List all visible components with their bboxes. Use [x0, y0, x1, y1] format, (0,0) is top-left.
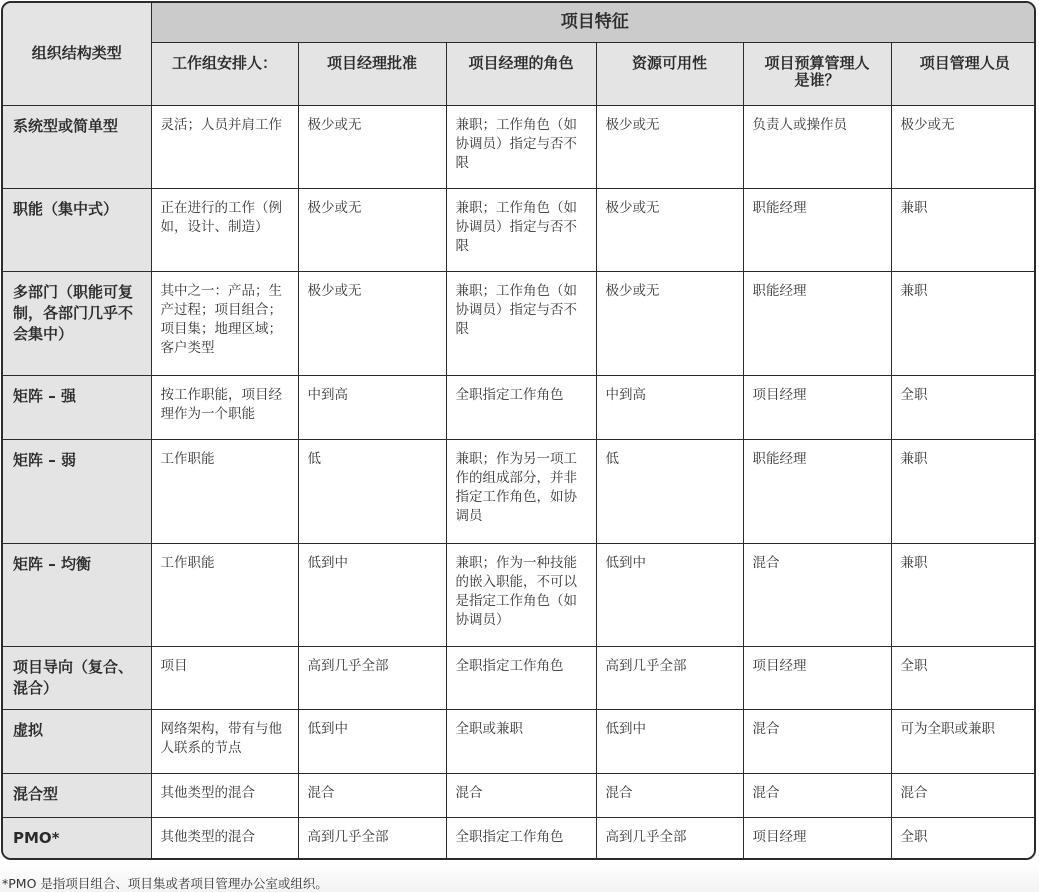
- table-cell: 兼职: [891, 271, 1036, 375]
- table-row: PMO* 其他类型的混合 高到几乎全部 全职指定工作角色 高到几乎全部 项目经理…: [3, 817, 1036, 860]
- row-header: 矩阵 – 均衡: [3, 543, 151, 646]
- table-cell: 其他类型的混合: [151, 773, 298, 817]
- table-cell: 低: [298, 439, 446, 543]
- table-cell: 低到中: [298, 543, 446, 646]
- table-row: 职能（集中式） 正在进行的工作（例如，设计、制造） 极少或无 兼职；工作角色（如…: [3, 188, 1036, 271]
- table-cell: 网络架构，带有与他人联系的节点: [151, 709, 298, 773]
- corner-header-org-type: 组织结构类型: [3, 3, 151, 105]
- table-cell: 极少或无: [596, 271, 743, 375]
- table-cell: 兼职；作为另一项工作的组成部分，并非指定工作角色，如协调员: [446, 439, 596, 543]
- column-header-pm-role: 项目经理的角色: [446, 42, 596, 105]
- table-cell: 高到几乎全部: [596, 817, 743, 860]
- table-cell: 全职指定工作角色: [446, 646, 596, 709]
- column-header-pm-authority: 项目经理批准: [298, 42, 446, 105]
- table-cell: 混合: [446, 773, 596, 817]
- table-cell: 全职: [891, 646, 1036, 709]
- table-cell: 混合: [743, 709, 891, 773]
- column-header-work-group-arranger: 工作组安排人：: [151, 42, 298, 105]
- table-row: 矩阵 – 弱 工作职能 低 兼职；作为另一项工作的组成部分，并非指定工作角色，如…: [3, 439, 1036, 543]
- table-cell: 低到中: [298, 709, 446, 773]
- table-cell: 兼职；作为一种技能的嵌入职能，不可以是指定工作角色（如协调员）: [446, 543, 596, 646]
- table-cell: 项目经理: [743, 646, 891, 709]
- org-structure-table-container: 组织结构类型 项目特征 工作组安排人： 项目经理批准 项目经理的角色 资源可用性…: [1, 1, 1036, 860]
- table-cell: 项目: [151, 646, 298, 709]
- table-row: 系统型或简单型 灵活；人员并肩工作 极少或无 兼职；工作角色（如协调员）指定与否…: [3, 105, 1036, 188]
- table-cell: 高到几乎全部: [596, 646, 743, 709]
- table-cell: 其他类型的混合: [151, 817, 298, 860]
- row-header: 多部门（职能可复制，各部门几乎不会集中）: [3, 271, 151, 375]
- table-cell: 全职或兼职: [446, 709, 596, 773]
- column-header-budget-manager: 项目预算管理人是谁？: [743, 42, 891, 105]
- table-cell: 项目经理: [743, 817, 891, 860]
- table-cell: 兼职: [891, 439, 1036, 543]
- table-cell: 全职指定工作角色: [446, 375, 596, 439]
- table-cell: 极少或无: [596, 188, 743, 271]
- table-cell: 按工作职能，项目经理作为一个职能: [151, 375, 298, 439]
- table-cell: 混合: [596, 773, 743, 817]
- row-header: PMO*: [3, 817, 151, 860]
- table-row: 矩阵 – 强 按工作职能，项目经理作为一个职能 中到高 全职指定工作角色 中到高…: [3, 375, 1036, 439]
- table-cell: 低到中: [596, 709, 743, 773]
- table-cell: 极少或无: [596, 105, 743, 188]
- table-cell: 全职: [891, 375, 1036, 439]
- table-cell: 职能经理: [743, 188, 891, 271]
- table-cell: 工作职能: [151, 543, 298, 646]
- table-cell: 混合: [298, 773, 446, 817]
- table-cell: 可为全职或兼职: [891, 709, 1036, 773]
- column-header-resource-availability: 资源可用性: [596, 42, 743, 105]
- table-cell: 兼职: [891, 543, 1036, 646]
- table-cell: 混合: [891, 773, 1036, 817]
- table-cell: 高到几乎全部: [298, 646, 446, 709]
- table-cell: 兼职；工作角色（如协调员）指定与否不限: [446, 188, 596, 271]
- table-cell: 低到中: [596, 543, 743, 646]
- table-cell: 兼职: [891, 188, 1036, 271]
- table-cell: 工作职能: [151, 439, 298, 543]
- row-header: 项目导向（复合、混合）: [3, 646, 151, 709]
- table-cell: 职能经理: [743, 439, 891, 543]
- table-row: 虚拟 网络架构，带有与他人联系的节点 低到中 全职或兼职 低到中 混合 可为全职…: [3, 709, 1036, 773]
- row-header: 职能（集中式）: [3, 188, 151, 271]
- row-header: 混合型: [3, 773, 151, 817]
- row-header: 虚拟: [3, 709, 151, 773]
- group-header-project-characteristics: 项目特征: [151, 3, 1036, 42]
- table-cell: 负责人或操作员: [743, 105, 891, 188]
- row-header: 矩阵 – 弱: [3, 439, 151, 543]
- table-cell: 其中之一：产品；生产过程；项目组合；项目集；地理区域；客户类型: [151, 271, 298, 375]
- table-cell: 全职: [891, 817, 1036, 860]
- table-cell: 兼职；工作角色（如协调员）指定与否不限: [446, 105, 596, 188]
- table-row: 项目导向（复合、混合） 项目 高到几乎全部 全职指定工作角色 高到几乎全部 项目…: [3, 646, 1036, 709]
- table-row: 多部门（职能可复制，各部门几乎不会集中） 其中之一：产品；生产过程；项目组合；项…: [3, 271, 1036, 375]
- table-cell: 混合: [743, 543, 891, 646]
- row-header: 矩阵 – 强: [3, 375, 151, 439]
- table-row: 混合型 其他类型的混合 混合 混合 混合 混合 混合: [3, 773, 1036, 817]
- table-cell: 职能经理: [743, 271, 891, 375]
- table-cell: 灵活；人员并肩工作: [151, 105, 298, 188]
- footnote: *PMO 是指项目组合、项目集或者项目管理办公室或组织。: [2, 874, 328, 892]
- table-cell: 正在进行的工作（例如，设计、制造）: [151, 188, 298, 271]
- column-header-pm-staff: 项目管理人员: [891, 42, 1036, 105]
- table-cell: 中到高: [596, 375, 743, 439]
- table-cell: 低: [596, 439, 743, 543]
- table-cell: 极少或无: [298, 188, 446, 271]
- table-cell: 混合: [743, 773, 891, 817]
- table-cell: 高到几乎全部: [298, 817, 446, 860]
- table-cell: 项目经理: [743, 375, 891, 439]
- table-cell: 兼职；工作角色（如协调员）指定与否不限: [446, 271, 596, 375]
- table-cell: 极少或无: [298, 271, 446, 375]
- table-cell: 极少或无: [298, 105, 446, 188]
- table-cell: 全职指定工作角色: [446, 817, 596, 860]
- row-header: 系统型或简单型: [3, 105, 151, 188]
- table-cell: 中到高: [298, 375, 446, 439]
- table-cell: 极少或无: [891, 105, 1036, 188]
- table-row: 矩阵 – 均衡 工作职能 低到中 兼职；作为一种技能的嵌入职能，不可以是指定工作…: [3, 543, 1036, 646]
- org-structure-table: 组织结构类型 项目特征 工作组安排人： 项目经理批准 项目经理的角色 资源可用性…: [3, 3, 1036, 860]
